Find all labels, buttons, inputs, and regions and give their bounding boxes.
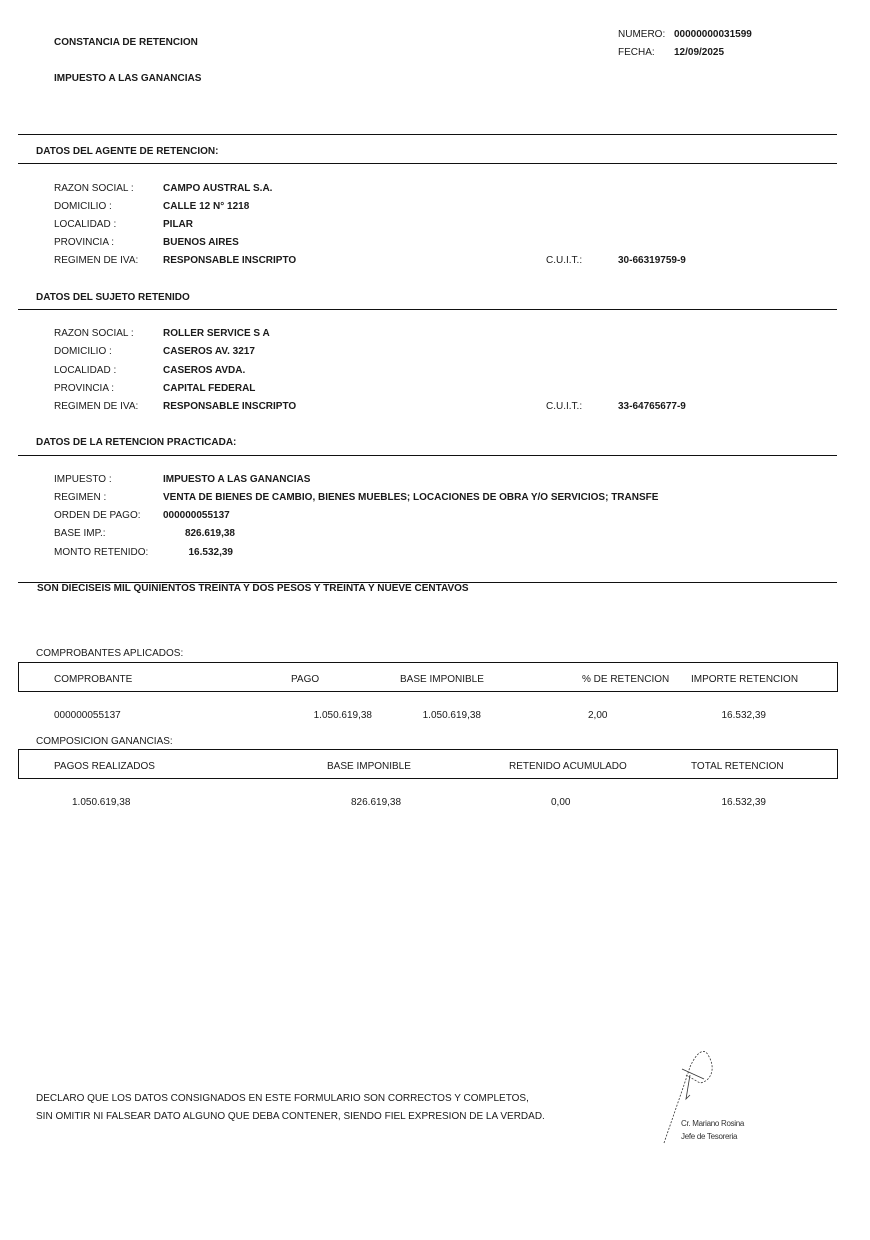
col-header-base-imponible: BASE IMPONIBLE — [400, 674, 484, 685]
retencion-label: IMPUESTO : — [54, 474, 112, 485]
agente-section-title: DATOS DEL AGENTE DE RETENCION: — [36, 146, 218, 157]
signature-role: Jefe de Tesoreria — [681, 1132, 737, 1141]
col-header-importe-retencion: IMPORTE RETENCION — [691, 674, 798, 685]
comprobantes-title: COMPROBANTES APLICADOS: — [36, 648, 183, 659]
agente-label: LOCALIDAD : — [54, 219, 116, 230]
cell-total-retencion: 16.532,39 — [700, 797, 766, 808]
sujeto-cuit-label: C.U.I.T.: — [546, 401, 582, 412]
divider — [18, 309, 837, 310]
col-header-pagos-realizados: PAGOS REALIZADOS — [54, 761, 155, 772]
fecha-value: 12/09/2025 — [674, 47, 724, 58]
sujeto-label: LOCALIDAD : — [54, 365, 116, 376]
agente-label: REGIMEN DE IVA: — [54, 255, 138, 266]
cell-pago: 1.050.619,38 — [290, 710, 372, 721]
divider — [18, 455, 837, 456]
sujeto-section-title: DATOS DEL SUJETO RETENIDO — [36, 292, 190, 303]
cell-pagos-realizados: 1.050.619,38 — [72, 797, 130, 808]
retencion-section-title: DATOS DE LA RETENCION PRACTICADA: — [36, 437, 236, 448]
col-header-pct-retencion: % DE RETENCION — [582, 674, 669, 685]
retencion-orden-pago: 000000055137 — [163, 510, 230, 521]
agente-regimen-iva: RESPONSABLE INSCRIPTO — [163, 255, 296, 266]
sujeto-label: DOMICILIO : — [54, 346, 112, 357]
sujeto-domicilio: CASEROS AV. 3217 — [163, 346, 255, 357]
cell-importe-retencion: 16.532,39 — [700, 710, 766, 721]
retencion-base-imp: 826.619,38 — [163, 528, 235, 539]
cell-pct-retencion: 2,00 — [588, 710, 607, 721]
sujeto-cuit: 33-64765677-9 — [618, 401, 686, 412]
sujeto-localidad: CASEROS AVDA. — [163, 365, 245, 376]
col-header-pago: PAGO — [291, 674, 319, 685]
cell-comprobante: 000000055137 — [54, 710, 121, 721]
agente-label: DOMICILIO : — [54, 201, 112, 212]
composicion-title: COMPOSICION GANANCIAS: — [36, 736, 173, 747]
col-header-comprobante: COMPROBANTE — [54, 674, 132, 685]
numero-value: 00000000031599 — [674, 29, 752, 40]
cell-retenido-acumulado: 0,00 — [551, 797, 570, 808]
agente-provincia: BUENOS AIRES — [163, 237, 239, 248]
sujeto-regimen-iva: RESPONSABLE INSCRIPTO — [163, 401, 296, 412]
cell-base-imponible: 826.619,38 — [351, 797, 401, 808]
cell-base-imponible: 1.050.619,38 — [400, 710, 481, 721]
retencion-label: ORDEN DE PAGO: — [54, 510, 141, 521]
agente-razon-social: CAMPO AUSTRAL S.A. — [163, 183, 272, 194]
retencion-regimen: VENTA DE BIENES DE CAMBIO, BIENES MUEBLE… — [163, 492, 658, 503]
numero-label: NUMERO: — [618, 29, 665, 40]
fecha-label: FECHA: — [618, 47, 655, 58]
retencion-monto-retenido: 16.532,39 — [163, 547, 233, 558]
agente-label: RAZON SOCIAL : — [54, 183, 134, 194]
divider — [18, 163, 837, 164]
retencion-label: MONTO RETENIDO: — [54, 547, 148, 558]
agente-localidad: PILAR — [163, 219, 193, 230]
sujeto-provincia: CAPITAL FEDERAL — [163, 383, 255, 394]
retencion-impuesto: IMPUESTO A LAS GANANCIAS — [163, 474, 310, 485]
sujeto-label: PROVINCIA : — [54, 383, 114, 394]
agente-label: PROVINCIA : — [54, 237, 114, 248]
signature-name: Cr. Mariano Rosina — [681, 1119, 744, 1128]
sujeto-label: REGIMEN DE IVA: — [54, 401, 138, 412]
retencion-label: BASE IMP.: — [54, 528, 106, 539]
col-header-total-retencion: TOTAL RETENCION — [691, 761, 784, 772]
agente-cuit: 30-66319759-9 — [618, 255, 686, 266]
sujeto-razon-social: ROLLER SERVICE S A — [163, 328, 270, 339]
agente-cuit-label: C.U.I.T.: — [546, 255, 582, 266]
agente-domicilio: CALLE 12 N° 1218 — [163, 201, 249, 212]
signature-scribble-icon — [660, 1045, 730, 1145]
document-title: CONSTANCIA DE RETENCION — [54, 37, 198, 48]
monto-en-letras: SON DIECISEIS MIL QUINIENTOS TREINTA Y D… — [37, 583, 469, 594]
sujeto-label: RAZON SOCIAL : — [54, 328, 134, 339]
declaration-line-1: DECLARO QUE LOS DATOS CONSIGNADOS EN EST… — [36, 1093, 529, 1104]
declaration-line-2: SIN OMITIR NI FALSEAR DATO ALGUNO QUE DE… — [36, 1111, 545, 1122]
retencion-label: REGIMEN : — [54, 492, 106, 503]
col-header-retenido-acumulado: RETENIDO ACUMULADO — [509, 761, 627, 772]
divider — [18, 134, 837, 135]
document-subtitle: IMPUESTO A LAS GANANCIAS — [54, 73, 201, 84]
col-header-base-imponible: BASE IMPONIBLE — [327, 761, 411, 772]
